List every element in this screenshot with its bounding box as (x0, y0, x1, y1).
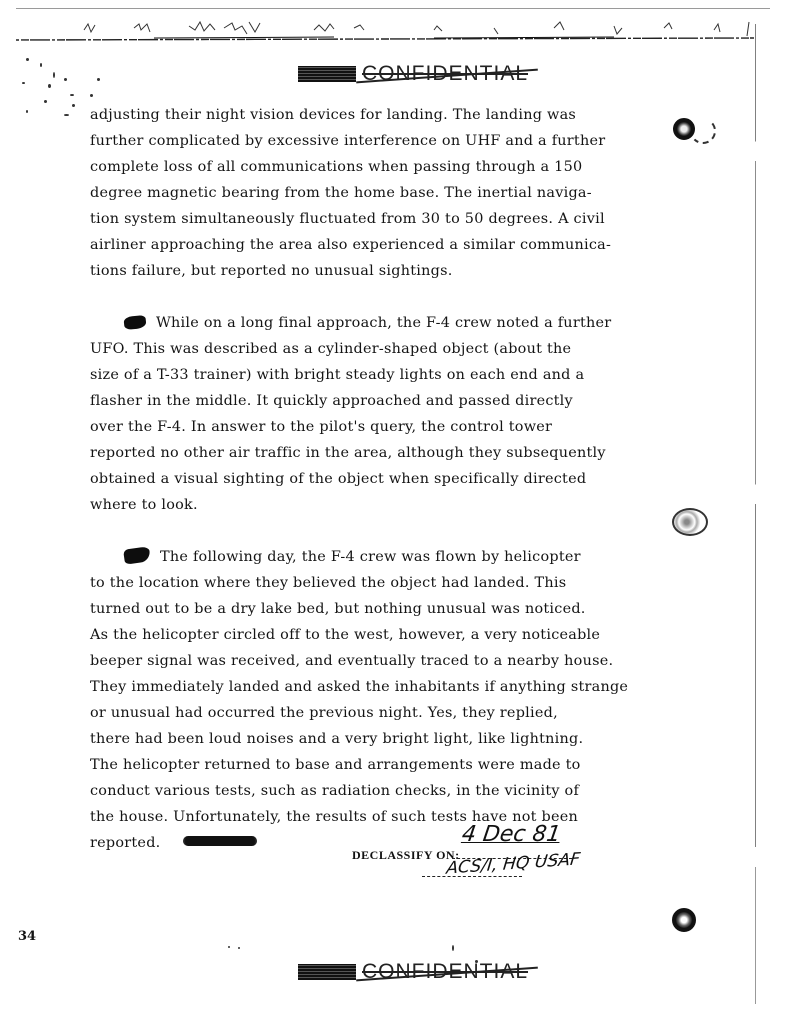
handwritten-date: 4 Dec 81 (460, 822, 562, 847)
scan-speck (228, 946, 230, 948)
text-line: reported no other air traffic in the are… (90, 440, 650, 466)
scan-speck (452, 945, 454, 951)
document-body: adjusting their night vision devices for… (90, 102, 650, 856)
scan-top-edge (16, 8, 770, 9)
classification-stamp-bottom: CONFIDENTIAL (298, 960, 528, 984)
text-line: While on a long final approach, the F-4 … (90, 310, 650, 336)
classification-label: CONFIDENTIAL (362, 62, 528, 86)
text-line: As the helicopter circled off to the wes… (90, 622, 650, 648)
paragraph-2: While on a long final approach, the F-4 … (90, 310, 650, 518)
text-line-content: The following day, the F-4 crew was flow… (160, 549, 581, 565)
handwritten-authority: ACS/I, HQ USAF (445, 849, 581, 878)
page-number: 34 (18, 929, 36, 944)
punch-hole-icon (672, 508, 708, 536)
text-line: or unusual had occurred the previous nig… (90, 700, 650, 726)
text-line: size of a T-33 trainer) with bright stea… (90, 362, 650, 388)
redaction-mark (123, 546, 151, 564)
redacted-classification-marking (183, 836, 257, 846)
text-line: airliner approaching the area also exper… (90, 232, 650, 258)
paragraph-3: The following day, the F-4 crew was flow… (90, 544, 650, 856)
scan-speck (238, 947, 240, 949)
text-line: beeper signal was received, and eventual… (90, 648, 650, 674)
punch-hole-shadow (690, 118, 716, 144)
classification-label: CONFIDENTIAL (362, 960, 528, 984)
text-line: flasher in the middle. It quickly approa… (90, 388, 650, 414)
struck-secret-marking (298, 964, 356, 980)
dashed-line (422, 876, 522, 877)
declassification-block: 4 Dec 81 DECLASSIFY ON: ACS/I, HQ USAF (352, 822, 652, 882)
declassify-label: DECLASSIFY ON: (352, 848, 460, 863)
text-line: further complicated by excessive interfe… (90, 128, 650, 154)
text-line: The following day, the F-4 crew was flow… (90, 544, 650, 570)
text-line: to the location where they believed the … (90, 570, 650, 596)
classification-stamp-top: CONFIDENTIAL (298, 62, 528, 86)
struck-secret-marking (298, 66, 356, 82)
text-line: there had been loud noises and a very br… (90, 726, 650, 752)
text-line-content: reported. (90, 835, 161, 851)
paragraph-1: adjusting their night vision devices for… (90, 102, 650, 284)
text-line: complete loss of all communications when… (90, 154, 650, 180)
scan-right-edge (755, 24, 756, 1004)
text-line: adjusting their night vision devices for… (90, 102, 650, 128)
text-line: over the F-4. In answer to the pilot's q… (90, 414, 650, 440)
text-line: obtained a visual sighting of the object… (90, 466, 650, 492)
text-line: They immediately landed and asked the in… (90, 674, 650, 700)
text-line: turned out to be a dry lake bed, but not… (90, 596, 650, 622)
text-line: where to look. (90, 492, 650, 518)
text-line: UFO. This was described as a cylinder-sh… (90, 336, 650, 362)
text-line-content: While on a long final approach, the F-4 … (156, 315, 611, 331)
redaction-mark (123, 315, 146, 330)
text-line: conduct various tests, such as radiation… (90, 778, 650, 804)
text-line: tion system simultaneously fluctuated fr… (90, 206, 650, 232)
text-line: tions failure, but reported no unusual s… (90, 258, 650, 284)
punch-hole-icon (672, 908, 696, 932)
illegible-scanned-header (14, 16, 759, 46)
text-line: The helicopter returned to base and arra… (90, 752, 650, 778)
text-line: degree magnetic bearing from the home ba… (90, 180, 650, 206)
